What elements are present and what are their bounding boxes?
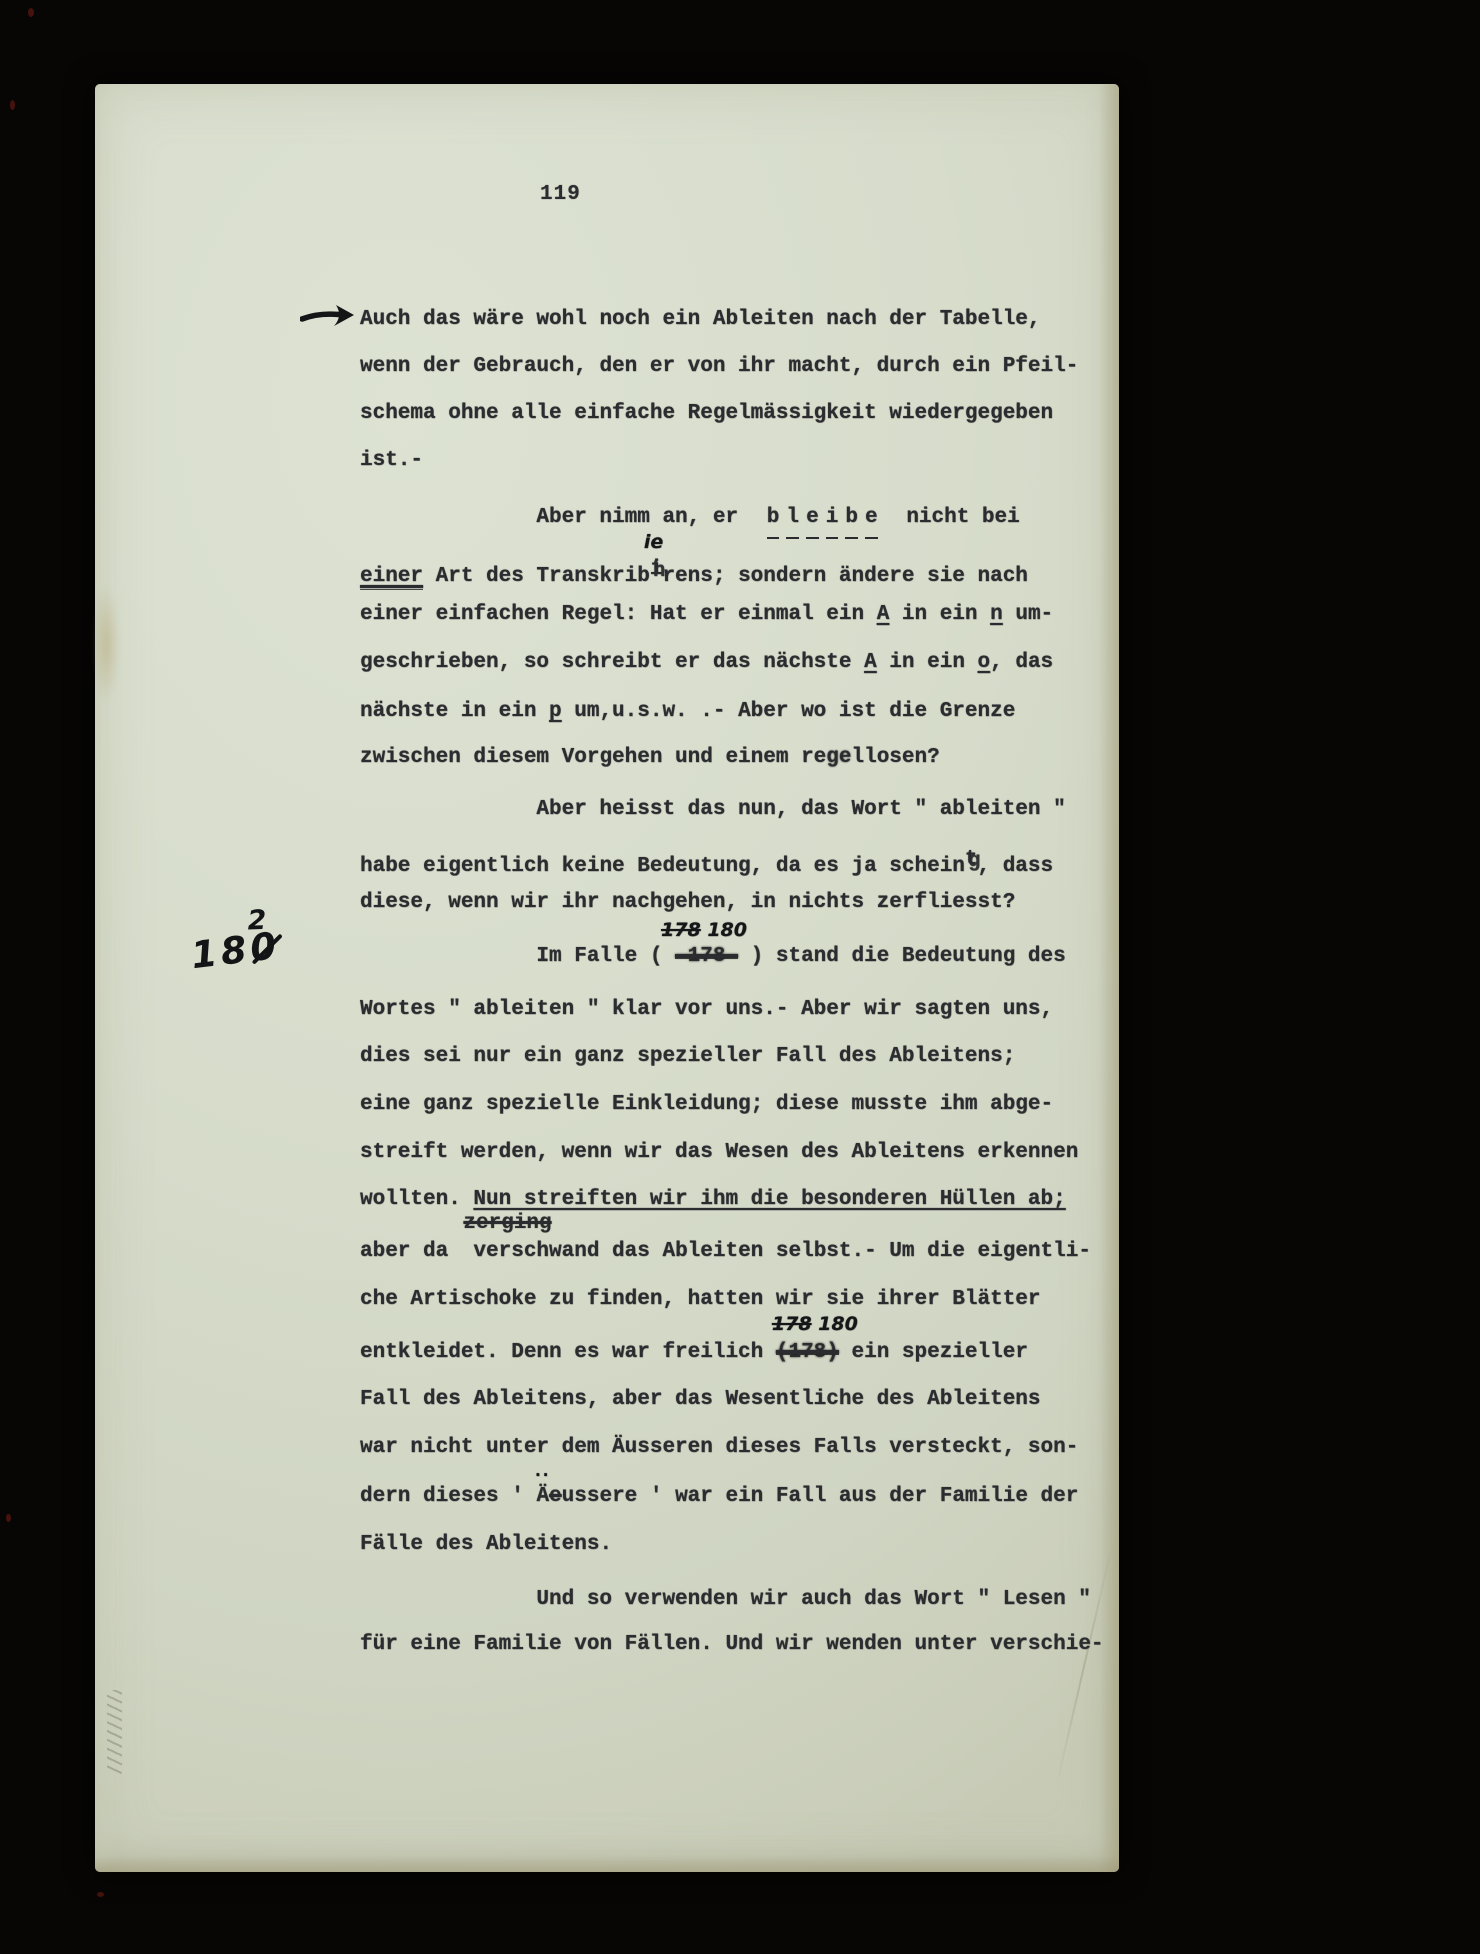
handwritten-correction: 178 180 [772, 1315, 858, 1334]
typed-segment: n [990, 603, 1003, 626]
typed-segment: zwischen diesem Vorgehen und einem re [360, 746, 826, 769]
struck-typed-insertion: zerging [463, 1212, 551, 1235]
handwritten-text: 178 [772, 1313, 812, 1335]
typed-segment: tg [965, 843, 978, 871]
typed-segment: che Artischoke zu finden, hatten wir sie… [360, 1288, 1041, 1311]
handwritten-correction: zerging [463, 1213, 551, 1234]
typed-segment: geschrieben, so schreibt er das nächste [360, 651, 864, 674]
typed-segment: streift werden, wenn wir das Wesen des A… [360, 1141, 1078, 1164]
typed-segment: Und so verwenden wir auch das Wort " Les… [536, 1588, 1091, 1611]
typed-line: ist.- [360, 444, 423, 478]
typed-segment: Aber nimm an, er [536, 506, 763, 529]
typed-segment: eine ganz spezielle Einkleidung; diese m… [360, 1093, 1053, 1116]
typed-line: einer Art des Transkribihierens; sondern… [360, 553, 1028, 594]
typed-segment: diese, wenn wir ihr nachgehen, in nichts… [360, 891, 1015, 914]
typed-segment: 178 [675, 945, 738, 968]
typed-segment: Auch das wäre wohl noch ein Ableiten nac… [360, 308, 1041, 331]
typed-segment: p [549, 700, 562, 723]
typed-line: Aber heisst das nun, das Wort " ableiten… [360, 793, 1066, 827]
typed-segment: dern dieses ' [360, 1485, 536, 1508]
typed-line: dies sei nur ein ganz spezieller Fall de… [360, 1040, 1015, 1074]
typed-line: Fall des Ableitens, aber das Wesentliche… [360, 1383, 1041, 1417]
typed-segment: für eine Familie von Fällen. Und wir wen… [360, 1633, 1104, 1656]
typed-segment: , dass [978, 855, 1054, 878]
film-speck [97, 1892, 104, 1897]
annotated-segment: e·· [549, 1480, 562, 1514]
paper-edge-shading [95, 1856, 1119, 1872]
typed-segment: wollten. [360, 1188, 473, 1211]
paper-stain [92, 584, 120, 704]
typed-line: Und so verwenden wir auch das Wort " Les… [360, 1583, 1091, 1617]
typed-line: für eine Familie von Fällen. Und wir wen… [360, 1628, 1104, 1662]
typed-segment: aber da [360, 1240, 473, 1263]
paper-edge-shading [1099, 84, 1119, 1872]
typed-line: wenn der Gebrauch, den er von ihr macht,… [360, 350, 1078, 384]
handwritten-correction: ·· [535, 1465, 550, 1484]
typed-line: Fälle des Ableitens. [360, 1528, 612, 1562]
typed-segment: Fall des Ableitens, aber das Wesentliche… [360, 1388, 1041, 1411]
typed-line: Aber nimm an, er bleibe nicht bei [360, 501, 1020, 539]
paper-edge-marks [107, 1690, 122, 1774]
typed-segment: (178) [776, 1341, 839, 1364]
handwritten-text: 180 [812, 1313, 858, 1335]
typed-line: eine ganz spezielle Einkleidung; diese m… [360, 1088, 1053, 1122]
margin-arrow-icon [300, 300, 358, 337]
typed-segment: ih [650, 553, 663, 581]
typed-segment: Art des Transkrib [423, 565, 650, 588]
typed-line: nächste in ein p um,u.s.w. .- Aber wo is… [360, 695, 1015, 729]
page-number-annotation: 180 2 [189, 927, 282, 975]
typed-segment: A [864, 651, 877, 674]
typed-segment: o [978, 651, 991, 674]
typed-line: geschrieben, so schreibt er das nächste … [360, 646, 1053, 680]
typed-segment: Fälle des Ableitens. [360, 1533, 612, 1556]
typed-segment: Wortes " ableiten " klar vor uns.- Aber … [360, 998, 1053, 1021]
pageref-superscript: 2 [247, 907, 267, 935]
typed-line: dern dieses ' Äe··ussere ' war ein Fall … [360, 1480, 1078, 1514]
handwritten-correction: 178 180 [661, 921, 747, 940]
typed-segment: e [549, 1485, 562, 1508]
typed-line: war nicht unter dem Äusseren dieses Fall… [360, 1431, 1078, 1465]
typed-segment: dies sei nur ein ganz spezieller Fall de… [360, 1045, 1015, 1068]
typed-segment: Im Falle ( [536, 945, 675, 968]
typed-line: einer einfachen Regel: Hat er einmal ein… [360, 598, 1053, 632]
annotated-segment: (178)178 180 [776, 1336, 839, 1370]
typed-segment: war nicht unter dem Äusseren dieses Fall… [360, 1436, 1078, 1459]
typed-segment: rens; sondern ändere sie nach [662, 565, 1027, 588]
typed-line: Wortes " ableiten " klar vor uns.- Aber … [360, 993, 1053, 1027]
pageref-prefix: 18 [189, 927, 253, 977]
typed-segment: verschwand [473, 1240, 599, 1263]
typed-segment: Nun streiften wir ihm die besonderen Hül… [473, 1188, 1065, 1211]
typed-segment: ist.- [360, 449, 423, 472]
typed-segment: ) stand die Bedeutung des [738, 945, 1066, 968]
typed-line: habe eigentlich keine Bedeutung, da es j… [360, 843, 1053, 884]
film-speck [28, 8, 34, 17]
typed-segment: ge [826, 746, 851, 769]
typed-line: streift werden, wenn wir das Wesen des A… [360, 1136, 1078, 1170]
handwritten-text: 178 [661, 919, 701, 941]
typed-line: zwischen diesem Vorgehen und einem regel… [360, 741, 940, 775]
annotated-segment: verschwandzerging [473, 1235, 599, 1269]
manuscript-page: 119 180 2 Auch das wäre wohl noch ein Ab… [95, 84, 1119, 1872]
typed-segment: bleibe [763, 506, 881, 529]
typed-segment: habe eigentlich keine Bedeutung, da es j… [360, 855, 965, 878]
typed-line: che Artischoke zu finden, hatten wir sie… [360, 1283, 1041, 1317]
typed-segment: Ä [536, 1485, 549, 1508]
typed-segment: nächste in ein [360, 700, 549, 723]
handwritten-text: ie [644, 531, 663, 553]
page-number: 119 [540, 178, 581, 212]
typed-segment: um,u.s.w. .- Aber wo ist die Grenze [562, 700, 1016, 723]
typed-line: Auch das wäre wohl noch ein Ableiten nac… [360, 303, 1041, 337]
typed-line: diese, wenn wir ihr nachgehen, in nichts… [360, 886, 1015, 920]
typed-segment: um- [1003, 603, 1053, 626]
typed-line: schema ohne alle einfache Regelmässigkei… [360, 397, 1053, 431]
film-speck [10, 100, 15, 110]
typed-segment: wenn der Gebrauch, den er von ihr macht,… [360, 355, 1078, 378]
typed-segment: ussere ' war ein Fall aus der Familie de… [562, 1485, 1079, 1508]
typed-segment: entkleidet. Denn es war freilich [360, 1341, 776, 1364]
typed-segment: ein spezieller [839, 1341, 1028, 1364]
typed-segment: einer [360, 565, 423, 590]
photograph-background: { "page": { "number": "119" }, "colors":… [0, 0, 1480, 1954]
typed-segment: A [877, 603, 890, 626]
typed-line: Im Falle ( 178 178 180 ) stand die Bedeu… [360, 940, 1066, 974]
typed-segment: llosen? [852, 746, 940, 769]
annotated-segment: 178 178 180 [675, 940, 738, 974]
film-speck [6, 1514, 11, 1522]
typed-line: entkleidet. Denn es war freilich (178)17… [360, 1336, 1028, 1370]
typed-segment: in ein [877, 651, 978, 674]
typed-segment: das Ableiten selbst.- Um die eigentli- [599, 1240, 1090, 1263]
annotated-segment: ihie [650, 553, 663, 594]
typed-segment: nicht bei [881, 506, 1020, 529]
typed-segment: in ein [889, 603, 990, 626]
typed-segment: Aber heisst das nun, das Wort " ableiten… [536, 798, 1065, 821]
typed-line: aber da verschwandzerging das Ableiten s… [360, 1235, 1091, 1269]
handwritten-text: 180 [701, 919, 747, 941]
handwritten-text: ·· [535, 1466, 550, 1484]
typed-segment: einer einfachen Regel: Hat er einmal ein [360, 603, 877, 626]
typed-segment: schema ohne alle einfache Regelmässigkei… [360, 402, 1053, 425]
handwritten-correction: ie [644, 533, 663, 552]
typed-segment: , das [990, 651, 1053, 674]
